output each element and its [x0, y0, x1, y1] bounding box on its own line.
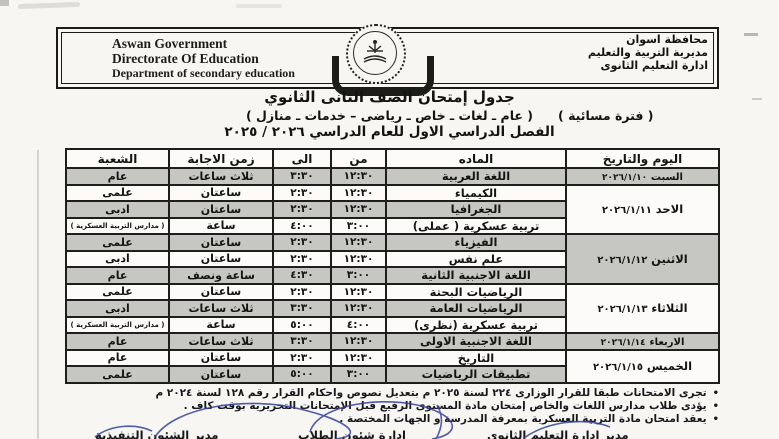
- subject-cell: الرياضيات العامة: [386, 300, 566, 317]
- to-time-cell: ٢:٣٠: [273, 284, 331, 301]
- duration-cell: ساعة ونصف: [169, 267, 273, 284]
- column-header-1: الماده: [386, 149, 566, 168]
- header-arabic: محافظة اسوان مديرية التربية والتعليم ادا…: [588, 33, 708, 72]
- footer-notes: تجرى الامتحانات طبقا للقرار الوزارى ٢٢٤ …: [54, 387, 719, 426]
- to-time-cell: ٥:٠٠: [273, 366, 331, 383]
- to-time-cell: ٢:٣٠: [273, 185, 331, 202]
- duration-cell: ساعة: [169, 317, 273, 334]
- to-time-cell: ٣:٣٠: [273, 300, 331, 317]
- schedule-subtitle: ( عام ـ لغات ـ خاص ـ رياضى – خدمات ـ منا…: [0, 108, 779, 123]
- section-cell: عام: [66, 267, 169, 284]
- column-header-4: زمن الاجابة: [169, 149, 273, 168]
- date-cell: الخميس ٢٠٢٦/١/١٥: [566, 350, 719, 383]
- table-row: الاثنين ٢٠٢٦/١/١٢الفيزياء١٢:٣٠٢:٣٠ساعتان…: [66, 234, 719, 251]
- signature-title-secondary-education: مدير ادارة التعليم الثانوى: [487, 428, 629, 439]
- department-name-ar: ادارة التعليم الثانوى: [588, 59, 708, 72]
- subject-cell: الفيزياء: [386, 234, 566, 251]
- from-time-cell: ٤:٠٠: [331, 317, 386, 334]
- table-row: الاحد ٢٠٢٦/١/١١الكيمياء١٢:٣٠٢:٣٠ساعتانعل…: [66, 185, 719, 202]
- note-item: يؤدى طلاب مدارس اللغات والخاص إمتحان ماد…: [54, 400, 719, 413]
- from-time-cell: ٣:٠٠: [331, 366, 386, 383]
- table-row: الخميس ٢٠٢٦/١/١٥التاريخ١٢:٣٠٢:٣٠ساعتانعا…: [66, 350, 719, 367]
- from-time-cell: ١٢:٣٠: [331, 284, 386, 301]
- seal-emblem-icon: [354, 32, 396, 74]
- to-time-cell: ٣:٣٠: [273, 168, 331, 185]
- to-time-cell: ٢:٣٠: [273, 251, 331, 268]
- scan-smudge: [744, 33, 758, 36]
- subject-cell: اللغة الاجنبية الاولى: [386, 333, 566, 350]
- seal-inner-ring: [353, 31, 397, 75]
- column-header-3: الى: [273, 149, 331, 168]
- section-cell: عام: [66, 350, 169, 367]
- from-time-cell: ١٢:٣٠: [331, 234, 386, 251]
- evening-period-label: ( فترة مسائية ): [558, 108, 653, 123]
- date-cell: الاثنين ٢٠٢٦/١/١٢: [566, 234, 719, 284]
- to-time-cell: ٤:٠٠: [273, 218, 331, 235]
- section-cell: علمى: [66, 284, 169, 301]
- duration-cell: ساعتان: [169, 284, 273, 301]
- to-time-cell: ٣:٣٠: [273, 333, 331, 350]
- date-cell: الاحد ٢٠٢٦/١/١١: [566, 185, 719, 235]
- term-label: الفصل الدراسي الاول للعام الدراسي: [309, 124, 554, 140]
- subject-cell: تربية عسكرية (نظرى): [386, 317, 566, 334]
- duration-cell: ثلاث ساعات: [169, 168, 273, 185]
- note-item: تجرى الامتحانات طبقا للقرار الوزارى ٢٢٤ …: [54, 387, 719, 400]
- to-time-cell: ٤:٣٠: [273, 267, 331, 284]
- exam-schedule-table: اليوم والتاريخالمادهمنالىزمن الاجابةالشع…: [65, 148, 720, 384]
- section-cell: ادبى: [66, 300, 169, 317]
- duration-cell: ساعتان: [169, 234, 273, 251]
- subject-cell: اللغة الاجنبية الثانية: [386, 267, 566, 284]
- column-header-2: من: [331, 149, 386, 168]
- subject-cell: التاريخ: [386, 350, 566, 367]
- subject-cell: الكيمياء: [386, 185, 566, 202]
- subject-cell: اللغة العربية: [386, 168, 566, 185]
- directorate-name-en: Directorate Of Education: [112, 52, 295, 67]
- duration-cell: ساعتان: [169, 366, 273, 383]
- section-cell: عام: [66, 333, 169, 350]
- date-cell: الثلاثاء ٢٠٢٦/١/١٣: [566, 284, 719, 334]
- gov-name-en: Aswan Government: [112, 37, 295, 52]
- duration-cell: ساعتان: [169, 350, 273, 367]
- from-time-cell: ١٢:٣٠: [331, 201, 386, 218]
- section-cell: ( مدارس التربية العسكرية ): [66, 317, 169, 334]
- signature-title-student-affairs: ادارة شئون الطلاب: [298, 428, 406, 439]
- duration-cell: ثلاث ساعات: [169, 300, 273, 317]
- scan-smudge: [236, 4, 282, 8]
- column-header-5: الشعبة: [66, 149, 169, 168]
- to-time-cell: ٢:٣٠: [273, 201, 331, 218]
- scan-smudge: [18, 2, 80, 9]
- section-cell: علمى: [66, 185, 169, 202]
- from-time-cell: ١٢:٣٠: [331, 185, 386, 202]
- ministry-seal-icon: [346, 24, 406, 84]
- table-row: الاربعاء ٢٠٢٦/١/١٤اللغة الاجنبية الاولى١…: [66, 333, 719, 350]
- duration-cell: ساعتان: [169, 185, 273, 202]
- section-cell: ( مدارس التربية العسكرية ): [66, 218, 169, 235]
- section-cell: ادبى: [66, 201, 169, 218]
- schedule-title: جدول إمتحان الصف الثانى الثانوي: [0, 88, 779, 106]
- from-time-cell: ١٢:٣٠: [331, 168, 386, 185]
- gov-name-ar: محافظة اسوان: [588, 33, 708, 46]
- from-time-cell: ١٢:٣٠: [331, 333, 386, 350]
- section-cell: عام: [66, 168, 169, 185]
- column-header-0: اليوم والتاريخ: [566, 149, 719, 168]
- subject-cell: الرياضيات البحتة: [386, 284, 566, 301]
- duration-cell: ساعتان: [169, 251, 273, 268]
- scan-edge-line: [37, 150, 39, 439]
- scanned-exam-schedule-page: Aswan Government Directorate Of Educatio…: [0, 0, 779, 439]
- term-line: الفصل الدراسي الاول للعام الدراسي ٢٠٢٦ /…: [0, 124, 779, 140]
- academic-years: ٢٠٢٦ / ٢٠٢٥: [224, 124, 304, 140]
- from-time-cell: ١٢:٣٠: [331, 350, 386, 367]
- duration-cell: ساعة: [169, 218, 273, 235]
- date-cell: السبت ٢٠٢٦/١/١٠: [566, 168, 719, 185]
- section-cell: علمى: [66, 366, 169, 383]
- subject-cell: علم نفس: [386, 251, 566, 268]
- subject-cell: تطبيقات الرياضيات: [386, 366, 566, 383]
- section-cell: ادبى: [66, 251, 169, 268]
- to-time-cell: ٢:٣٠: [273, 234, 331, 251]
- from-time-cell: ٣:٠٠: [331, 218, 386, 235]
- table-header-row: اليوم والتاريخالمادهمنالىزمن الاجابةالشع…: [66, 149, 719, 168]
- subject-cell: تربية عسكرية ( عملى): [386, 218, 566, 235]
- section-cell: علمى: [66, 234, 169, 251]
- table-row: السبت ٢٠٢٦/١/١٠اللغة العربية١٢:٣٠٣:٣٠ثلا…: [66, 168, 719, 185]
- table-row: الثلاثاء ٢٠٢٦/١/١٣الرياضيات البحتة١٢:٣٠٢…: [66, 284, 719, 301]
- to-time-cell: ٥:٠٠: [273, 317, 331, 334]
- scan-smudge: [0, 0, 9, 6]
- note-item: يعقد امتحان مادة التربية العسكرية بمعرفة…: [54, 413, 719, 426]
- date-cell: الاربعاء ٢٠٢٦/١/١٤: [566, 333, 719, 350]
- duration-cell: ثلاث ساعات: [169, 333, 273, 350]
- from-time-cell: ٣:٠٠: [331, 267, 386, 284]
- duration-cell: ساعتان: [169, 201, 273, 218]
- department-name-en: Department of secondary education: [112, 66, 295, 81]
- from-time-cell: ١٢:٣٠: [331, 300, 386, 317]
- branches-list: ( عام ـ لغات ـ خاص ـ رياضى – خدمات ـ منا…: [246, 108, 533, 123]
- from-time-cell: ١٢:٣٠: [331, 251, 386, 268]
- subject-cell: الجغرافيا: [386, 201, 566, 218]
- header-english: Aswan Government Directorate Of Educatio…: [112, 37, 295, 81]
- directorate-name-ar: مديرية التربية والتعليم: [588, 46, 708, 59]
- signature-title-executive-affairs: مدير الشئون التنفيذية: [95, 428, 218, 439]
- to-time-cell: ٢:٣٠: [273, 350, 331, 367]
